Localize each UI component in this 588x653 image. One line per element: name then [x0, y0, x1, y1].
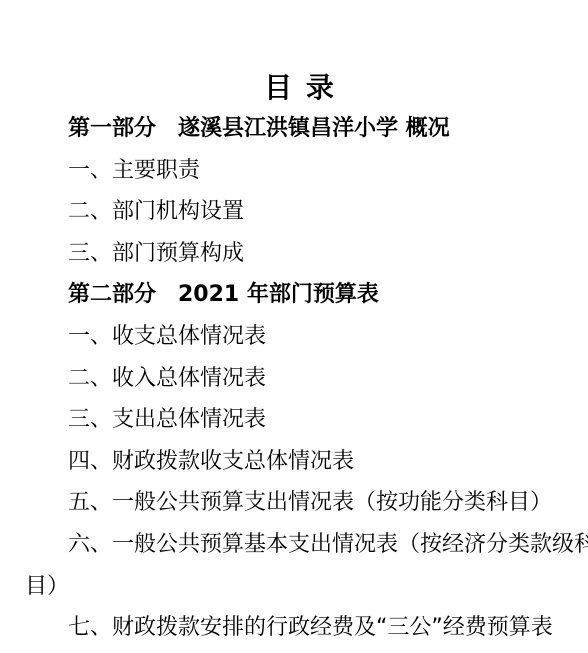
toc-item-budget-composition: 三、部门预算构成: [25, 233, 575, 275]
toc-item-revenue-overview: 二、收入总体情况表: [25, 358, 575, 400]
toc-item-general-public-budget-expenditure: 五、一般公共预算支出情况表（按功能分类科目）: [25, 482, 575, 524]
toc-item-general-public-budget-basic-expenditure: 六、一般公共预算基本支出情况表（按经济分类款级科: [25, 524, 575, 566]
toc-title: 目 录: [25, 68, 575, 108]
toc-item-org-structure: 二、部门机构设置: [25, 191, 575, 233]
toc-item-expenditure-overview: 三、支出总体情况表: [25, 399, 575, 441]
toc-heading-part2: 第二部分 2021 年部门预算表: [25, 274, 575, 316]
document-page: 目 录 第一部分 遂溪县江洪镇昌洋小学 概况 一、主要职责 二、部门机构设置 三…: [0, 0, 588, 653]
toc-item-wrap-continuation: 目）: [25, 566, 575, 608]
toc-item-fiscal-allocation-overview: 四、财政拨款收支总体情况表: [25, 441, 575, 483]
toc-item-main-duties: 一、主要职责: [25, 150, 575, 192]
toc-item-admin-funds-three-public: 七、财政拨款安排的行政经费及“三公”经费预算表: [25, 607, 575, 649]
toc-item-revenue-expenditure-overview: 一、收支总体情况表: [25, 316, 575, 358]
toc-heading-part1: 第一部分 遂溪县江洪镇昌洋小学 概况: [25, 108, 575, 150]
